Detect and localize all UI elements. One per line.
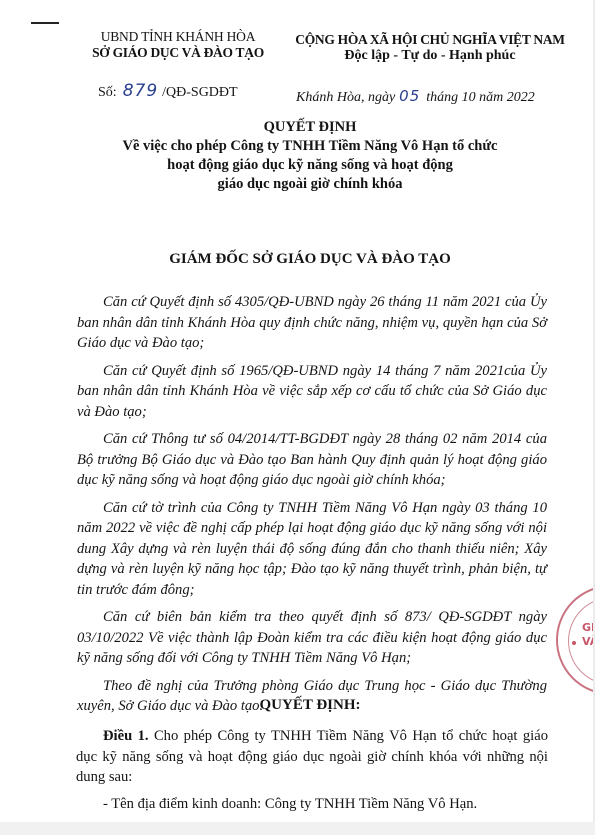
number-suffix: /QĐ-SGDĐT [162,85,237,100]
decision-heading: QUYẾT ĐỊNH: [40,695,580,715]
article-1-text: Điều 1. Cho phép Công ty TNHH Tiềm Năng … [76,726,548,788]
subject-line-2: hoạt động giáo dục kỹ năng sống và hoạt … [40,156,580,175]
preamble-paragraph: Căn cứ Thông tư số 04/2014/TT-BGDĐT ngày… [77,429,547,491]
document-number: Số:879/QĐ-SGDĐT [98,81,238,103]
subject-line-1: Về việc cho phép Công ty TNHH Tiềm Năng … [40,137,580,156]
viewer-background-strip [0,822,595,835]
issuer-heading: GIÁM ĐỐC SỞ GIÁO DỤC VÀ ĐÀO TẠO [40,249,580,269]
preamble-paragraph: Căn cứ biên bản kiểm tra theo quyết định… [77,607,547,669]
date-prefix: Khánh Hòa, ngày [296,90,395,105]
subject-line-3: giáo dục ngoài giờ chính khóa [40,175,580,194]
document-page: UBND TỈNH KHÁNH HÒA SỞ GIÁO DỤC VÀ ĐÀO T… [0,0,595,822]
department-line: SỞ GIÁO DỤC VÀ ĐÀO TẠO [78,45,278,61]
preamble-paragraph: Căn cứ Quyết định số 4305/QĐ-UBND ngày 2… [77,292,547,354]
top-margin-mark [31,22,59,24]
national-header-block: CỘNG HÒA XÃ HỘI CHỦ NGHĨA VIỆT NAM Độc l… [280,32,580,64]
motto-line: Độc lập - Tự do - Hạnh phúc [280,48,580,64]
article-1-bullet: - Tên địa điểm kinh doanh: Công ty TNHH … [76,794,548,815]
seal-star-icon [572,641,576,645]
decision-title: QUYẾT ĐỊNH [40,118,580,137]
decision-title-block: QUYẾT ĐỊNH Về việc cho phép Công ty TNHH… [40,118,580,194]
preamble: Căn cứ Quyết định số 4305/QĐ-UBND ngày 2… [77,292,547,724]
official-seal-stamp: GIÁ VÀ [556,585,595,695]
nation-line: CỘNG HÒA XÃ HỘI CHỦ NGHĨA VIỆT NAM [280,32,580,48]
handwritten-day: 05 [399,87,420,105]
article-1-label: Điều 1. [103,728,149,744]
issue-date: Khánh Hòa, ngày05tháng 10 năm 2022 [296,86,535,108]
authority-line: UBND TỈNH KHÁNH HÒA [78,29,278,45]
issuing-authority-block: UBND TỈNH KHÁNH HÒA SỞ GIÁO DỤC VÀ ĐÀO T… [78,29,278,61]
date-suffix: tháng 10 năm 2022 [426,90,535,105]
handwritten-number: 879 [123,81,158,101]
number-label: Số: [98,85,117,100]
preamble-paragraph: Căn cứ tờ trình của Công ty TNHH Tiềm Nă… [77,498,547,601]
preamble-paragraph: Căn cứ Quyết định số 1965/QĐ-UBND ngày 1… [77,361,547,423]
article-1: Điều 1. Cho phép Công ty TNHH Tiềm Năng … [76,726,548,814]
